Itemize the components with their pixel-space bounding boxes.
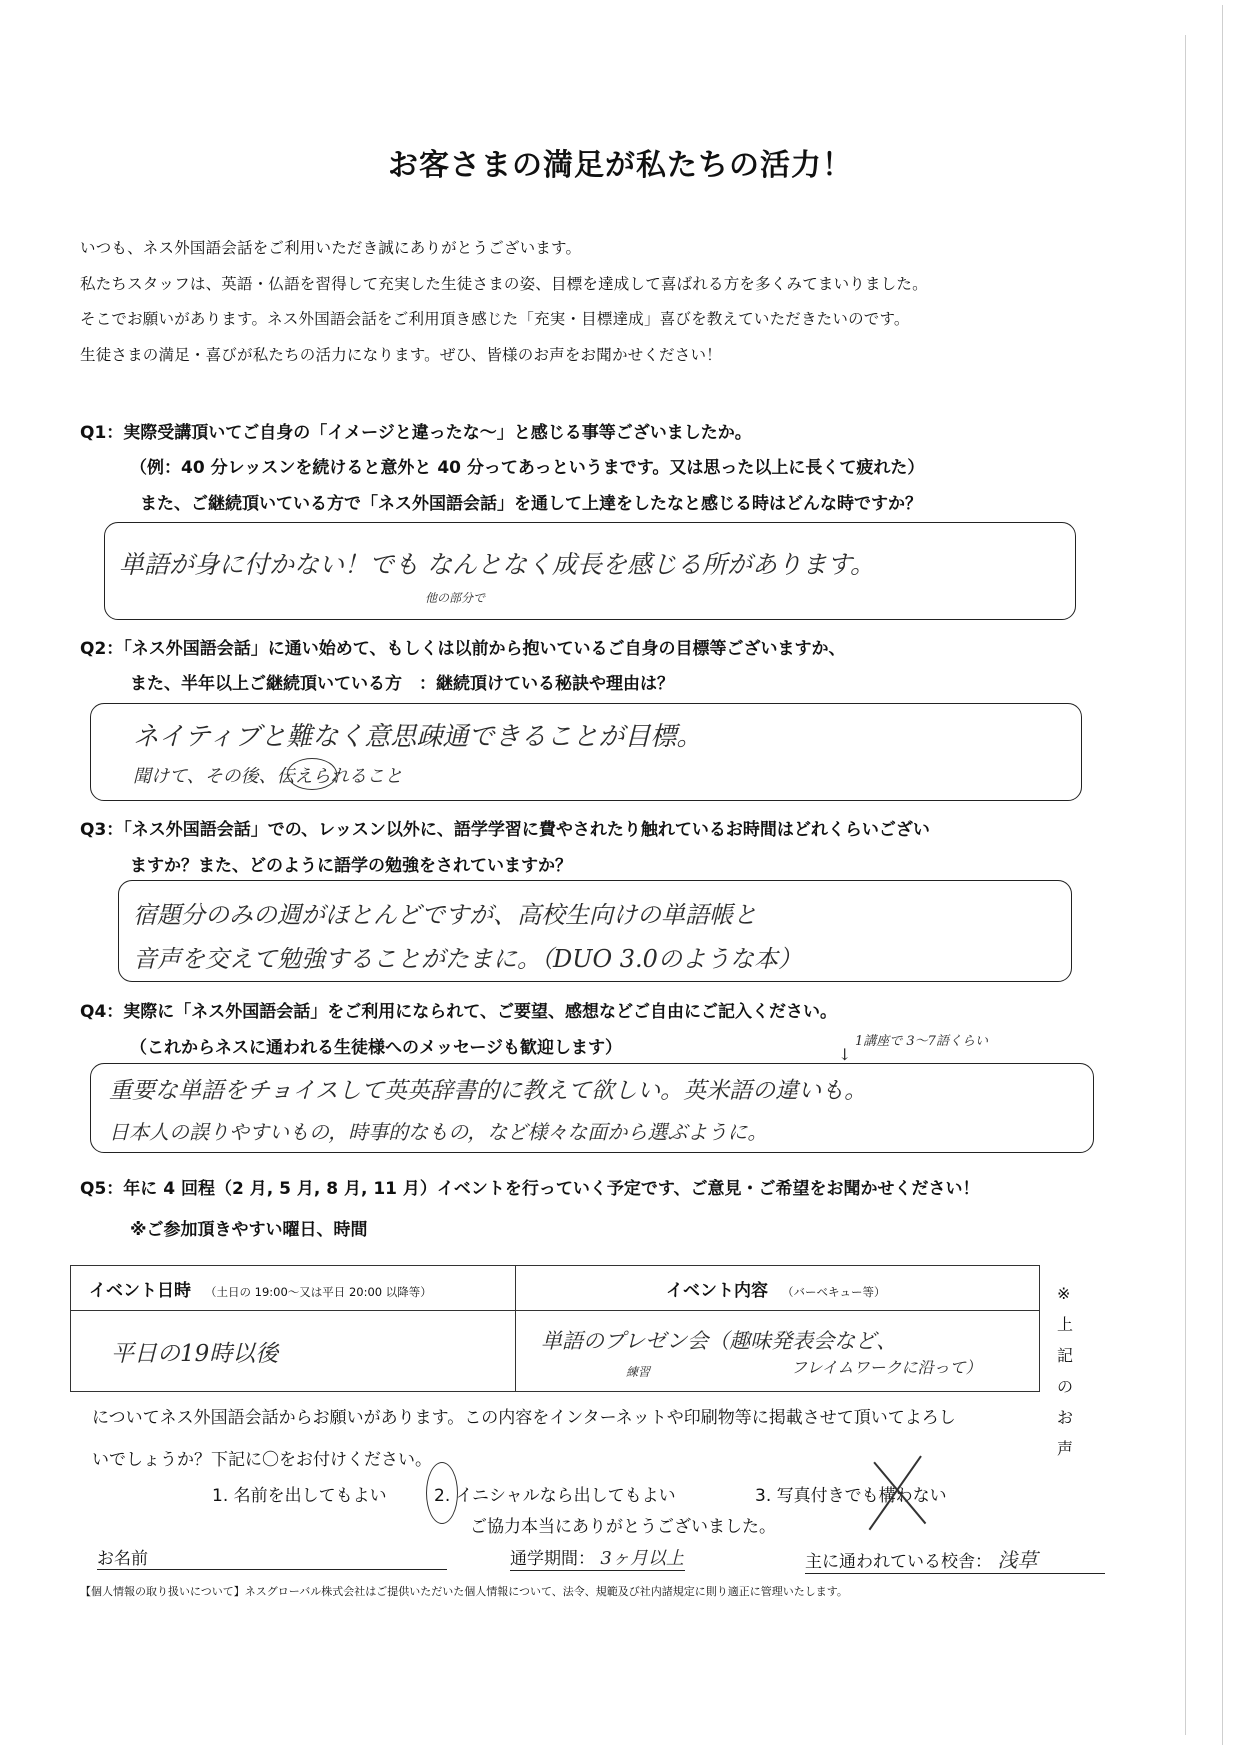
q2-question: Q2：「ネス外国語会話」に通い始めて、もしくは以前から抱いているご自身の目標等ご… [80, 634, 845, 659]
consent-request-line-2: いでしょうか？下記に〇をお付けください。 [92, 1445, 432, 1470]
handwritten-circle [287, 758, 337, 790]
q1-followup: また、ご継続頂いている方で「ネス外国語会話」を通して上達をしたなと感じる時はどん… [140, 489, 922, 514]
scan-edge-line [1185, 35, 1186, 1735]
intro-line-3: そこでお願いがあります。ネス外国語会話をご利用頂き感じた「充実・目標達成」喜びを… [80, 307, 910, 329]
event-content-header-label: イベント内容 [666, 1281, 768, 1301]
q1-answer-insertion-note: 他の部分で [425, 589, 485, 606]
event-content-answer-line-2: フレイムワークに沿って） [791, 1355, 1038, 1378]
q3-answer-line-2: 音声を交えて勉強することがたまに。（DUO 3.0のような本） [133, 939, 802, 974]
q3-answer-box[interactable]: 宿題分のみの週がほとんどですが、高校生向けの単語帳と 音声を交えて勉強することが… [118, 880, 1072, 982]
q4-followup: （これからネスに通われる生徒様へのメッセージも歓迎します） [130, 1033, 622, 1058]
scan-edge-line [1222, 5, 1223, 1745]
event-datetime-hint: （土日の 19:00～又は平日 20:00 以降等） [205, 1285, 432, 1299]
name-field[interactable]: お名前 [97, 1544, 447, 1570]
event-content-cell[interactable]: 単語のプレゼン会（趣味発表会など、 フレイムワークに沿って） 練習 [516, 1311, 1040, 1392]
q4-question: Q4：実際に「ネス外国語会話」をご利用になられて、ご要望、感想などご自由にご記入… [80, 997, 837, 1022]
q4-answer-insertion-note: 1講座で 3～7語くらい [855, 1030, 988, 1049]
event-content-hint: （バーベキュー等） [782, 1285, 886, 1299]
q5-question: Q5：年に 4 回程（2 月, 5 月, 8 月, 11 月）イベントを行ってい… [80, 1174, 980, 1199]
consent-option-2[interactable]: 2. イニシャルなら出してもよい [434, 1481, 676, 1506]
insertion-arrow-icon: ↓ [838, 1045, 851, 1064]
event-datetime-answer: 平日の19時以後 [111, 1341, 278, 1367]
q1-example: （例：40 分レッスンを続けると意外と 40 分ってあっというまです。又は思った… [130, 453, 924, 478]
study-period-value: 3ヶ月以上 [600, 1548, 683, 1569]
q1-question: Q1：実際受講頂いてご自身の「イメージと違ったな～」と感じる事等ございましたか。 [80, 418, 752, 443]
event-datetime-header-label: イベント日時 [89, 1281, 191, 1301]
intro-line-4: 生徒さまの満足・喜びが私たちの活力になります。ぜひ、皆様のお声をお聞かせください… [80, 343, 722, 365]
q3-followup: ますか？また、どのように語学の勉強をされていますか？ [130, 851, 572, 876]
event-table: イベント日時（土日の 19:00～又は平日 20:00 以降等） イベント内容（… [70, 1265, 1040, 1392]
q1-answer-text: 単語が身に付かない！でも なんとなく成長を感じる所があります。 [119, 545, 875, 581]
intro-line-1: いつも、ネス外国語会話をご利用いただき誠にありがとうございます。 [80, 236, 581, 258]
study-period-label: 通学期間： [510, 1549, 595, 1569]
q4-answer-line-1: 重要な単語をチョイスして英英辞書的に教えて欲しい。英米語の違いも。 [109, 1072, 867, 1105]
consent-request-line-1: についてネス外国語会話からお願いがあります。この内容をインターネットや印刷物等に… [92, 1403, 956, 1428]
consent-option-1[interactable]: 1. 名前を出してもよい [212, 1481, 387, 1506]
q4-answer-line-2: 日本人の誤りやすいもの，時事的なもの，など様々な面から選ぶように。 [109, 1116, 767, 1145]
q2-followup: また、半年以上ご継続頂いている方 ：継続頂けている秘訣や理由は？ [130, 669, 674, 694]
study-period-field[interactable]: 通学期間： 3ヶ月以上 [510, 1544, 685, 1571]
q4-answer-box[interactable]: 重要な単語をチョイスして英英辞書的に教えて欲しい。英米語の違いも。 日本人の誤り… [90, 1063, 1094, 1153]
event-content-answer-line-1: 単語のプレゼン会（趣味発表会など、 [541, 1325, 1038, 1355]
school-label: 主に通われている校舎： [805, 1552, 992, 1572]
name-label: お名前 [97, 1549, 148, 1569]
q2-answer-line-2: 聞けて、その後、伝えられること [133, 762, 403, 788]
selected-option-circle [426, 1462, 458, 1524]
q3-answer-line-1: 宿題分のみの週がほとんどですが、高校生向けの単語帳と [133, 895, 757, 930]
event-side-note: ※上記のお声 [1057, 1278, 1085, 1464]
q5-followup: ※ご参加頂きやすい曜日、時間 [130, 1215, 368, 1240]
intro-line-2: 私たちスタッフは、英語・仏語を習得して充実した生徒さまの姿、目標を達成して喜ばれ… [80, 272, 928, 294]
q3-question: Q3：「ネス外国語会話」での、レッスン以外に、語学学習に費やされたり触れているお… [80, 815, 930, 840]
consent-option-3[interactable]: 3. 写真付きでも構わない [755, 1481, 947, 1506]
q2-answer-line-1: ネイティブと難なく意思疎通できることが目標。 [133, 716, 702, 753]
school-value: 浅草 [997, 1548, 1037, 1572]
page-title: お客さまの満足が私たちの活力！ [0, 140, 1241, 184]
event-datetime-cell[interactable]: 平日の19時以後 [71, 1311, 516, 1392]
q2-answer-box[interactable]: ネイティブと難なく意思疎通できることが目標。 聞けて、その後、伝えられること [90, 703, 1082, 801]
event-content-insertion-note: 練習 [626, 1363, 650, 1380]
q1-answer-box[interactable]: 単語が身に付かない！でも なんとなく成長を感じる所があります。 他の部分で [104, 522, 1076, 620]
event-content-header: イベント内容（バーベキュー等） [516, 1266, 1040, 1311]
school-field[interactable]: 主に通われている校舎： 浅草 [805, 1544, 1105, 1574]
privacy-notice: 【個人情報の取り扱いについて】ネスグローバル株式会社はご提供いただいた個人情報に… [80, 1583, 848, 1599]
event-datetime-header: イベント日時（土日の 19:00～又は平日 20:00 以降等） [71, 1266, 516, 1311]
thanks-message: ご協力本当にありがとうございました。 [470, 1512, 776, 1537]
